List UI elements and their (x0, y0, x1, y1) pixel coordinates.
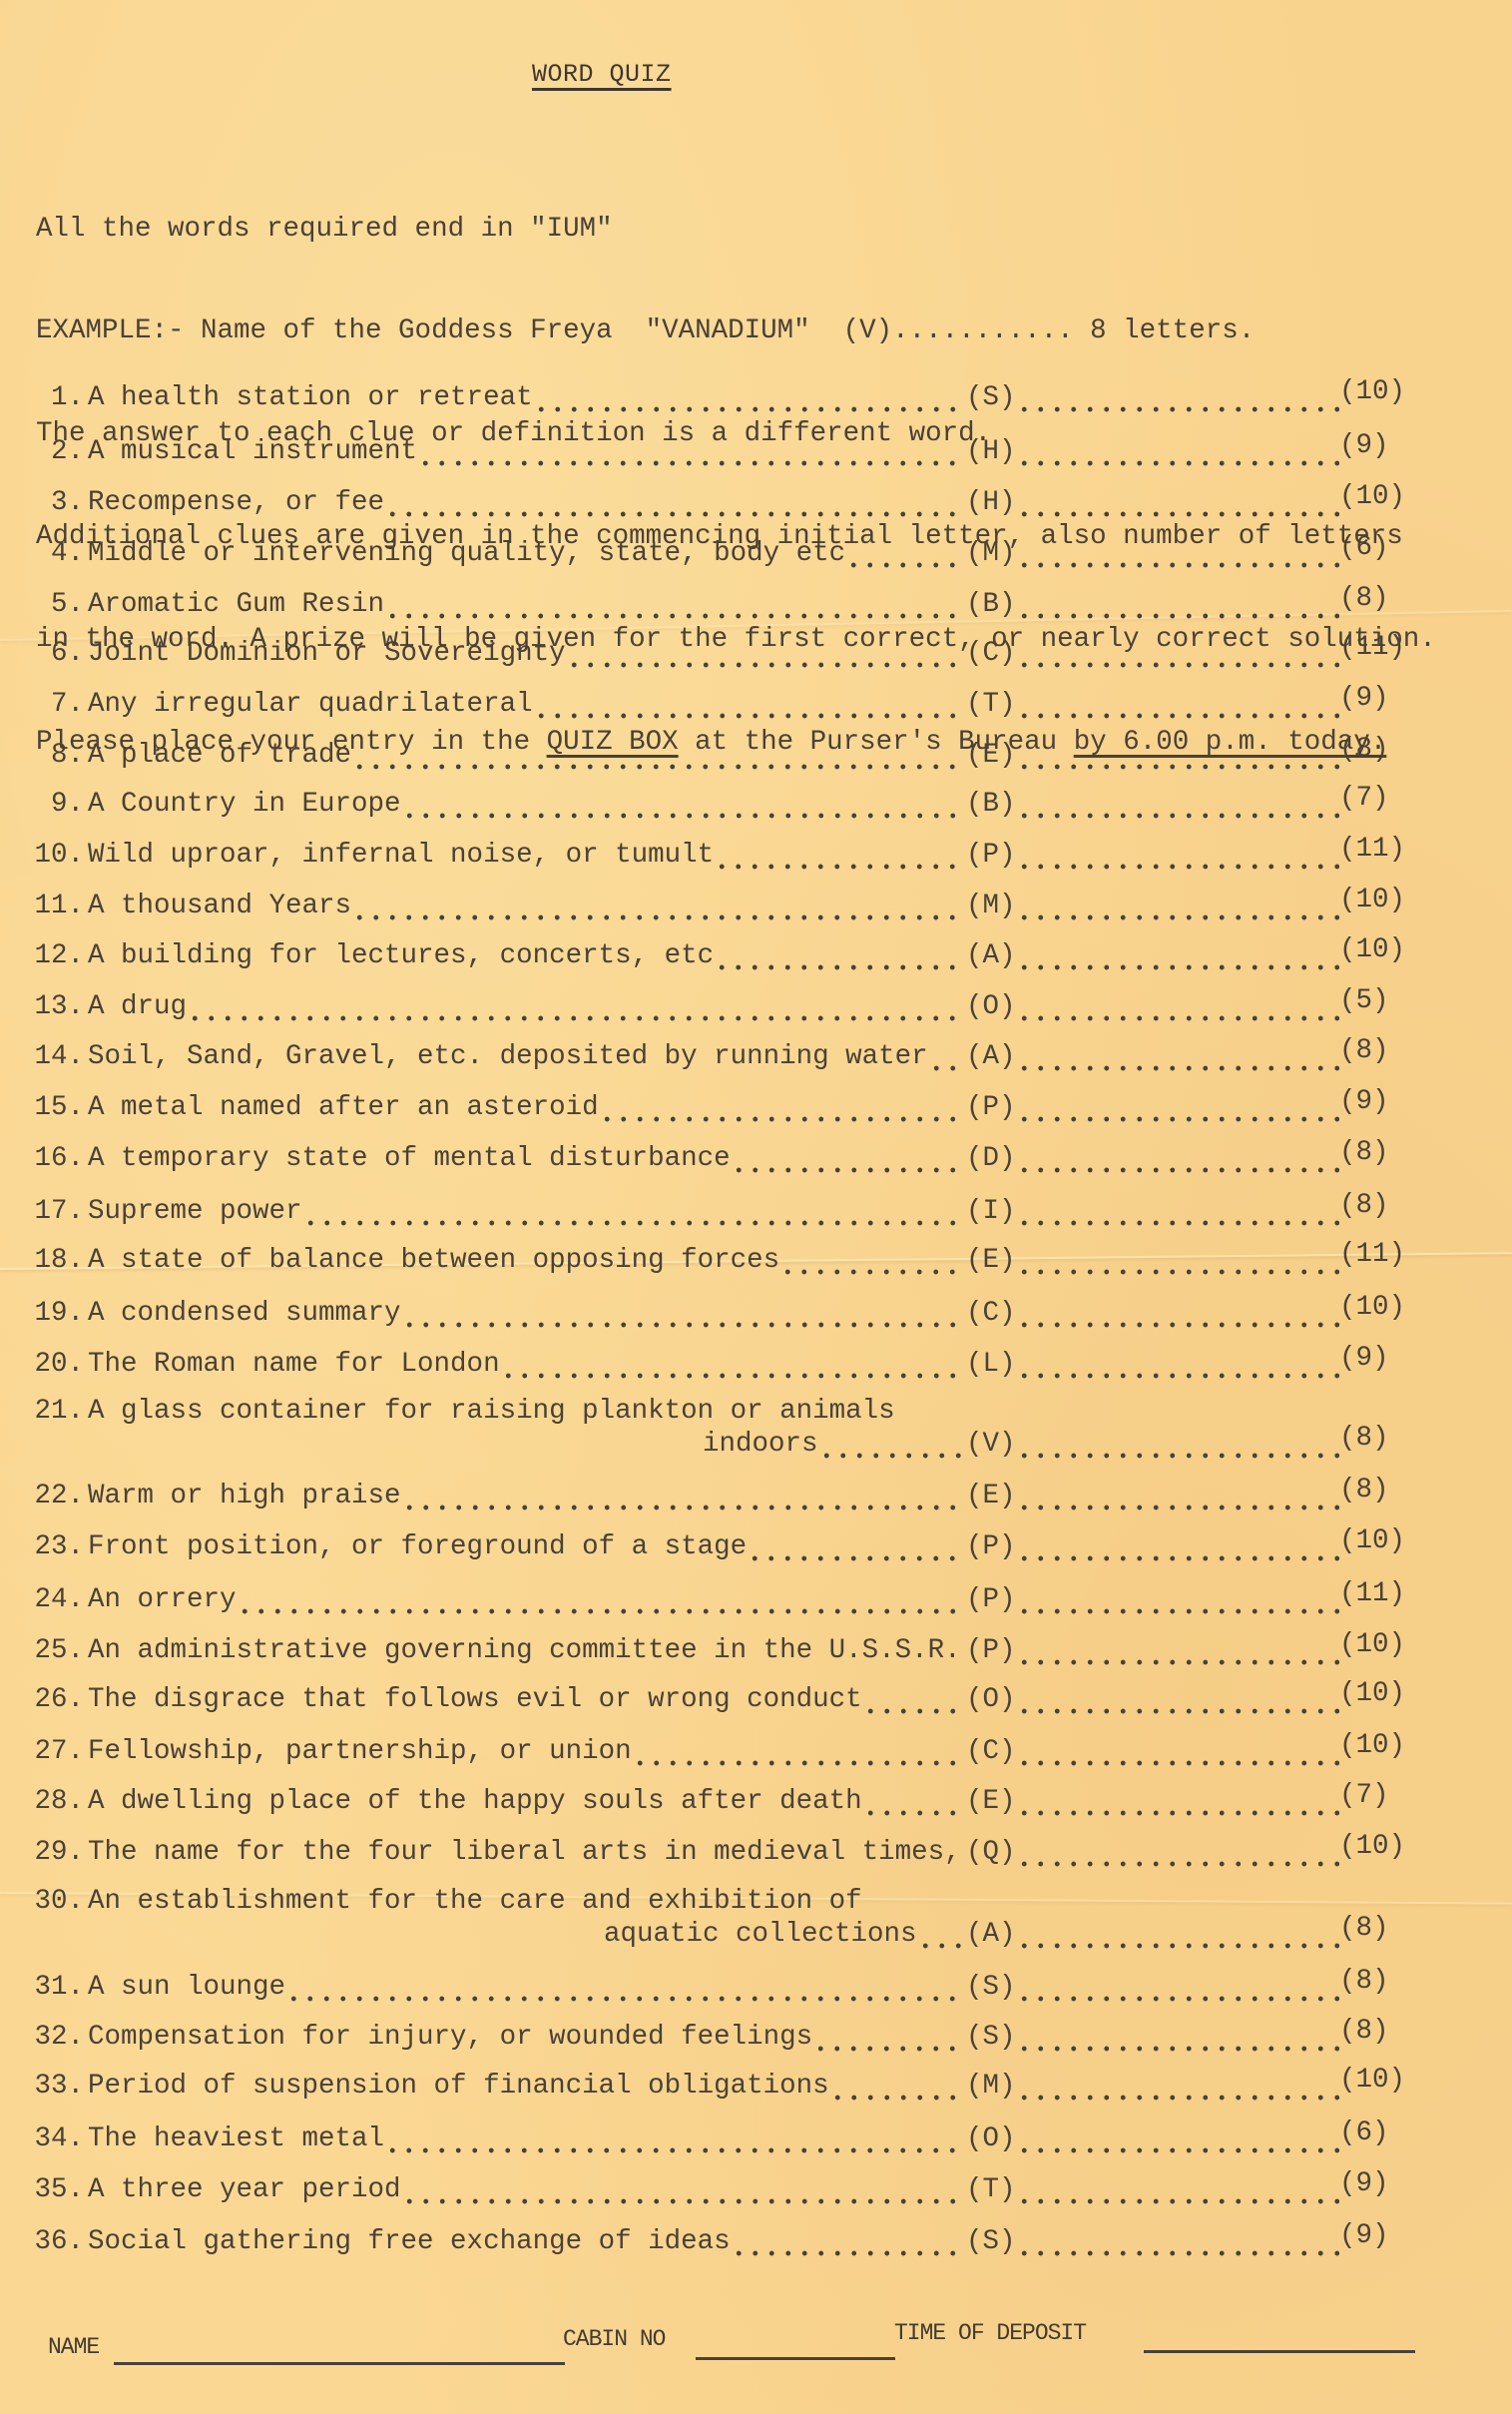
clue-number: 12. (34, 939, 84, 973)
entry-form: NAME CABIN NO TIME OF DEPOSIT (0, 2326, 1512, 2376)
dot-leader (818, 1428, 967, 1462)
initial-letter: (T) (966, 2173, 1016, 2207)
dot-leader (1016, 2173, 1339, 2207)
letter-count: (10) (1339, 375, 1405, 409)
dot-leader (1016, 890, 1339, 923)
name-label: NAME (48, 2334, 99, 2360)
clue-row: 34.The heaviest metal(O)(6) (0, 2122, 1512, 2156)
dot-leader (1016, 1683, 1339, 1717)
dot-leader (812, 2021, 966, 2055)
clue-row: 3.Recompense, or fee(H)(10) (0, 486, 1512, 520)
initial-letter: (O) (966, 1683, 1016, 1717)
letter-count: (9) (1339, 1342, 1389, 1376)
dot-leader (1016, 1971, 1339, 2005)
initial-letter: (P) (966, 1091, 1016, 1125)
letter-count: (7) (1339, 782, 1389, 816)
clue-number: 30. (34, 1885, 84, 1919)
dot-leader (1016, 588, 1339, 622)
clue-row: 4.Middle or intervening quality, state, … (0, 537, 1512, 571)
dot-leader (1016, 1428, 1339, 1462)
clue-text: The name for the four liberal arts in me… (88, 1836, 961, 1870)
dot-leader (533, 381, 967, 415)
letter-count: (9) (1339, 682, 1389, 716)
initial-letter: (V) (966, 1428, 1016, 1462)
clue-text: A glass container for raising plankton o… (88, 1395, 895, 1429)
clue-number: 28. (34, 1785, 84, 1819)
clue-text: A sun lounge (88, 1971, 285, 2005)
clue-text: Aromatic Gum Resin (88, 588, 384, 622)
clue-row: 18.A state of balance between opposing f… (0, 1244, 1512, 1278)
clue-number: 8. (51, 739, 84, 773)
initial-letter: (H) (966, 435, 1016, 469)
clue-row: 16.A temporary state of mental disturban… (0, 1142, 1512, 1176)
initial-letter: (O) (966, 2122, 1016, 2156)
dot-leader (1016, 1091, 1339, 1125)
name-field[interactable] (114, 2362, 565, 2365)
clue-number: 21. (34, 1395, 84, 1429)
dot-leader (1016, 435, 1339, 469)
initial-letter: (Q) (966, 1836, 1016, 1870)
letter-count: (8) (1339, 2015, 1389, 2049)
initial-letter: (D) (966, 1142, 1016, 1176)
dot-leader (401, 1480, 967, 1513)
dot-leader (862, 1785, 967, 1819)
initial-letter: (I) (966, 1195, 1016, 1229)
clue-text: Joint Dominion or Sovereignty (88, 637, 566, 671)
initial-letter: (P) (966, 1530, 1016, 1564)
clue-row: 31.A sun lounge(S)(8) (0, 1971, 1512, 2005)
letter-count: (10) (1339, 933, 1405, 967)
clue-row: 8.A place of trade(E)(8) (0, 739, 1512, 773)
time-of-deposit-label: TIME OF DEPOSIT (894, 2320, 1086, 2346)
clue-row: 15.A metal named after an asteroid(P)(9) (0, 1091, 1512, 1125)
dot-leader (401, 1297, 967, 1331)
letter-count: (9) (1339, 429, 1389, 463)
initial-letter: (S) (966, 2021, 1016, 2055)
letter-count: (5) (1339, 984, 1389, 1018)
clue-number: 19. (34, 1297, 84, 1331)
clue-row-continuation: indoors(V)(8) (0, 1428, 1512, 1462)
initial-letter: (E) (966, 739, 1016, 773)
initial-letter: (B) (966, 588, 1016, 622)
dot-leader (384, 486, 966, 520)
clue-row: 21.A glass container for raising plankto… (0, 1395, 1512, 1429)
dot-leader (845, 537, 966, 571)
initial-letter: (S) (966, 1971, 1016, 2005)
initial-letter: (A) (966, 939, 1016, 973)
letter-count: (8) (1339, 1422, 1389, 1456)
dot-leader (917, 1918, 967, 1952)
letter-count: (8) (1339, 582, 1389, 616)
clue-text: A dwelling place of the happy souls afte… (88, 1785, 862, 1819)
letter-count: (10) (1339, 1729, 1405, 1763)
dot-leader (500, 1348, 967, 1382)
initial-letter: (C) (966, 637, 1016, 671)
clue-row: 1.A health station or retreat(S)(10) (0, 381, 1512, 415)
clue-number: 6. (51, 637, 84, 671)
clue-row: 12.A building for lectures, concerts, et… (0, 939, 1512, 973)
initial-letter: (C) (966, 1735, 1016, 1769)
dot-leader (237, 1583, 967, 1617)
clue-row: 26.The disgrace that follows evil or wro… (0, 1683, 1512, 1717)
dot-leader (1016, 1530, 1339, 1564)
letter-count: (10) (1339, 1830, 1405, 1864)
initial-letter: (A) (966, 1918, 1016, 1952)
clue-row: 36.Social gathering free exchange of ide… (0, 2225, 1512, 2259)
dot-leader (1016, 688, 1339, 722)
dot-leader (1016, 739, 1339, 773)
initial-letter: (P) (966, 1634, 1016, 1668)
clue-text: A building for lectures, concerts, etc (88, 939, 714, 973)
clue-row: 35.A three year period(T)(9) (0, 2173, 1512, 2207)
dot-leader (1016, 1142, 1339, 1176)
clue-number: 29. (34, 1836, 84, 1870)
clue-text: A Country in Europe (88, 788, 401, 822)
dot-leader (731, 1142, 967, 1176)
clue-number: 18. (34, 1244, 84, 1278)
clue-row: 27.Fellowship, partnership, or union(C)(… (0, 1735, 1512, 1769)
clue-text: A health station or retreat (88, 381, 533, 415)
clue-row: 25.An administrative governing committee… (0, 1634, 1512, 1668)
dot-leader (1016, 1785, 1339, 1819)
letter-count: (9) (1339, 1085, 1389, 1119)
initial-letter: (L) (966, 1348, 1016, 1382)
dot-leader (1016, 486, 1339, 520)
clue-number: 17. (34, 1195, 84, 1229)
initial-letter: (E) (966, 1785, 1016, 1819)
letter-count: (6) (1339, 2116, 1389, 2150)
clue-number: 5. (51, 588, 84, 622)
cabin-label: CABIN NO (563, 2326, 665, 2352)
clue-number: 15. (34, 1091, 84, 1125)
clue-text-continued: indoors (703, 1428, 818, 1462)
dot-leader (779, 1244, 966, 1278)
clue-text: The Roman name for London (88, 1348, 500, 1382)
dot-leader (1016, 1244, 1339, 1278)
letter-count: (11) (1339, 833, 1405, 867)
letter-count: (9) (1339, 2167, 1389, 2201)
clue-number: 32. (34, 2021, 84, 2055)
clue-text: A condensed summary (88, 1297, 401, 1331)
clue-text: An establishment for the care and exhibi… (88, 1885, 862, 1919)
clue-number: 11. (34, 890, 84, 923)
initial-letter: (S) (966, 2225, 1016, 2259)
clue-text: Fellowship, partnership, or union (88, 1735, 632, 1769)
dot-leader (1016, 1040, 1339, 1074)
clue-text: An administrative governing committee in… (88, 1634, 961, 1668)
clue-row: 22.Warm or high praise(E)(8) (0, 1480, 1512, 1513)
clue-number: 3. (51, 486, 84, 520)
clue-row: 20.The Roman name for London(L)(9) (0, 1348, 1512, 1382)
clue-number: 7. (51, 688, 84, 722)
letter-count: (8) (1339, 1965, 1389, 1999)
dot-leader (566, 637, 967, 671)
dot-leader (928, 1040, 967, 1074)
clue-row: 17.Supreme power(I)(8) (0, 1195, 1512, 1229)
dot-leader (384, 588, 966, 622)
initial-letter: (B) (966, 788, 1016, 822)
dot-leader (1016, 990, 1339, 1024)
dot-leader (1016, 1836, 1339, 1870)
clue-number: 34. (34, 2122, 84, 2156)
clue-text: A temporary state of mental disturbance (88, 1142, 731, 1176)
dot-leader (1016, 2070, 1339, 2104)
dot-leader (1016, 1918, 1339, 1952)
time-of-deposit-field[interactable] (1144, 2350, 1415, 2353)
clue-text: Middle or intervening quality, state, bo… (88, 537, 845, 571)
clue-text: A state of balance between opposing forc… (88, 1244, 779, 1278)
initial-letter: (E) (966, 1244, 1016, 1278)
clue-number: 4. (51, 537, 84, 571)
clue-number: 13. (34, 990, 84, 1024)
letter-count: (10) (1339, 1524, 1405, 1558)
page-title: WORD QUIZ (532, 60, 672, 89)
letter-count: (11) (1339, 1238, 1405, 1272)
clue-text: Period of suspension of financial obliga… (88, 2070, 829, 2104)
clue-text: A drug (88, 990, 187, 1024)
clue-text: Any irregular quadrilateral (88, 688, 533, 722)
letter-count: (11) (1339, 1577, 1405, 1611)
initial-letter: (C) (966, 1297, 1016, 1331)
clue-row: 33.Period of suspension of financial obl… (0, 2070, 1512, 2104)
letter-count: (10) (1339, 1677, 1405, 1711)
clue-number: 35. (34, 2173, 84, 2207)
clue-number: 24. (34, 1583, 84, 1617)
letter-count: (10) (1339, 1628, 1405, 1662)
letter-count: (8) (1339, 733, 1389, 767)
dot-leader (1016, 381, 1339, 415)
dot-leader (1016, 939, 1339, 973)
dot-leader (829, 2070, 967, 2104)
clue-text: A three year period (88, 2173, 401, 2207)
dot-leader (1016, 1297, 1339, 1331)
dot-leader (1016, 839, 1339, 873)
dot-leader (1016, 2021, 1339, 2055)
letter-count: (8) (1339, 1912, 1389, 1946)
example-line: EXAMPLE:- Name of the Goddess Freya "VAN… (36, 314, 1436, 348)
clue-row: 2.A musical instrument(H)(9) (0, 435, 1512, 469)
cabin-number-field[interactable] (696, 2357, 895, 2360)
clue-text: Compensation for injury, or wounded feel… (88, 2021, 812, 2055)
clue-number: 22. (34, 1480, 84, 1513)
initial-letter: (A) (966, 1040, 1016, 1074)
dot-leader (1016, 1583, 1339, 1617)
clue-number: 31. (34, 1971, 84, 2005)
clue-text: A place of trade (88, 739, 351, 773)
letter-count: (10) (1339, 2064, 1405, 2098)
clue-text: Wild uproar, infernal noise, or tumult (88, 839, 714, 873)
dot-leader (351, 739, 966, 773)
clue-text: Recompense, or fee (88, 486, 384, 520)
dot-leader (1016, 1735, 1339, 1769)
initial-letter: (P) (966, 839, 1016, 873)
clue-row: 14.Soil, Sand, Gravel, etc. deposited by… (0, 1040, 1512, 1074)
clue-number: 9. (51, 788, 84, 822)
clue-number: 33. (34, 2070, 84, 2104)
clue-number: 1. (51, 381, 84, 415)
dot-leader (1016, 637, 1339, 671)
dot-leader (384, 2122, 966, 2156)
dot-leader (351, 890, 966, 923)
clue-text: The heaviest metal (88, 2122, 384, 2156)
clue-number: 23. (34, 1530, 84, 1564)
dot-leader (1016, 1634, 1339, 1668)
clue-text: Warm or high praise (88, 1480, 401, 1513)
dot-leader (285, 1971, 966, 2005)
dot-leader (714, 939, 966, 973)
clue-row-continuation: aquatic collections(A)(8) (0, 1918, 1512, 1952)
clue-text: Front position, or foreground of a stage (88, 1530, 747, 1564)
dot-leader (632, 1735, 967, 1769)
dot-leader (1016, 2122, 1339, 2156)
initial-letter: (O) (966, 990, 1016, 1024)
initial-letter: (E) (966, 1480, 1016, 1513)
clue-row: 7.Any irregular quadrilateral(T)(9) (0, 688, 1512, 722)
clue-row: 19.A condensed summary(C)(10) (0, 1297, 1512, 1331)
dot-leader (533, 688, 967, 722)
initial-letter: (M) (966, 537, 1016, 571)
clue-text: The disgrace that follows evil or wrong … (88, 1683, 862, 1717)
letter-count: (6) (1339, 531, 1389, 565)
dot-leader (599, 1091, 967, 1125)
clue-number: 14. (34, 1040, 84, 1074)
letter-count: (10) (1339, 480, 1405, 514)
dot-leader (1016, 1195, 1339, 1229)
dot-leader (747, 1530, 966, 1564)
dot-leader (1016, 788, 1339, 822)
clue-number: 25. (34, 1634, 84, 1668)
clue-number: 20. (34, 1348, 84, 1382)
clue-text: A musical instrument (88, 435, 417, 469)
dot-leader (862, 1683, 967, 1717)
letter-count: (8) (1339, 1034, 1389, 1068)
clue-row: 23.Front position, or foreground of a st… (0, 1530, 1512, 1564)
letter-count: (8) (1339, 1189, 1389, 1223)
clue-number: 10. (34, 839, 84, 873)
clue-number: 16. (34, 1142, 84, 1176)
dot-leader (401, 2173, 967, 2207)
clue-text: Social gathering free exchange of ideas (88, 2225, 731, 2259)
clue-row: 13.A drug(O)(5) (0, 990, 1512, 1024)
clue-row: 5.Aromatic Gum Resin(B)(8) (0, 588, 1512, 622)
clue-text: A thousand Years (88, 890, 351, 923)
dot-leader (1016, 1480, 1339, 1513)
clue-row: 29.The name for the four liberal arts in… (0, 1836, 1512, 1870)
clue-text: Soil, Sand, Gravel, etc. deposited by ru… (88, 1040, 928, 1074)
letter-count: (8) (1339, 1136, 1389, 1170)
letter-count: (11) (1339, 631, 1405, 665)
clue-row: 28.A dwelling place of the happy souls a… (0, 1785, 1512, 1819)
dot-leader (714, 839, 966, 873)
instruction-line: All the words required end in "IUM" (36, 213, 1436, 247)
clue-number: 36. (34, 2225, 84, 2259)
clue-number: 26. (34, 1683, 84, 1717)
initial-letter: (M) (966, 2070, 1016, 2104)
clue-text: A metal named after an asteroid (88, 1091, 599, 1125)
dot-leader (302, 1195, 967, 1229)
letter-count: (8) (1339, 1474, 1389, 1508)
letter-count: (10) (1339, 884, 1405, 917)
clue-text: An orrery (88, 1583, 237, 1617)
dot-leader (1016, 537, 1339, 571)
dot-leader (1016, 1348, 1339, 1382)
clue-row: 30.An establishment for the care and exh… (0, 1885, 1512, 1919)
clue-row: 6.Joint Dominion or Sovereignty(C)(11) (0, 637, 1512, 671)
clue-text-continued: aquatic collections (604, 1918, 917, 1952)
dot-leader (401, 788, 967, 822)
clue-row: 10.Wild uproar, infernal noise, or tumul… (0, 839, 1512, 873)
clue-row: 11.A thousand Years(M)(10) (0, 890, 1512, 923)
dot-leader (417, 435, 966, 469)
clue-row: 32.Compensation for injury, or wounded f… (0, 2021, 1512, 2055)
initial-letter: (H) (966, 486, 1016, 520)
letter-count: (10) (1339, 1291, 1405, 1325)
clue-row: 9.A Country in Europe(B)(7) (0, 788, 1512, 822)
initial-letter: (M) (966, 890, 1016, 923)
clue-number: 27. (34, 1735, 84, 1769)
initial-letter: (P) (966, 1583, 1016, 1617)
clue-text: Supreme power (88, 1195, 302, 1229)
dot-leader (1016, 2225, 1339, 2259)
initial-letter: (S) (966, 381, 1016, 415)
clue-row: 24.An orrery(P)(11) (0, 1583, 1512, 1617)
letter-count: (9) (1339, 2219, 1389, 2253)
letter-count: (7) (1339, 1779, 1389, 1813)
clue-number: 2. (51, 435, 84, 469)
initial-letter: (T) (966, 688, 1016, 722)
dot-leader (731, 2225, 967, 2259)
dot-leader (187, 990, 966, 1024)
